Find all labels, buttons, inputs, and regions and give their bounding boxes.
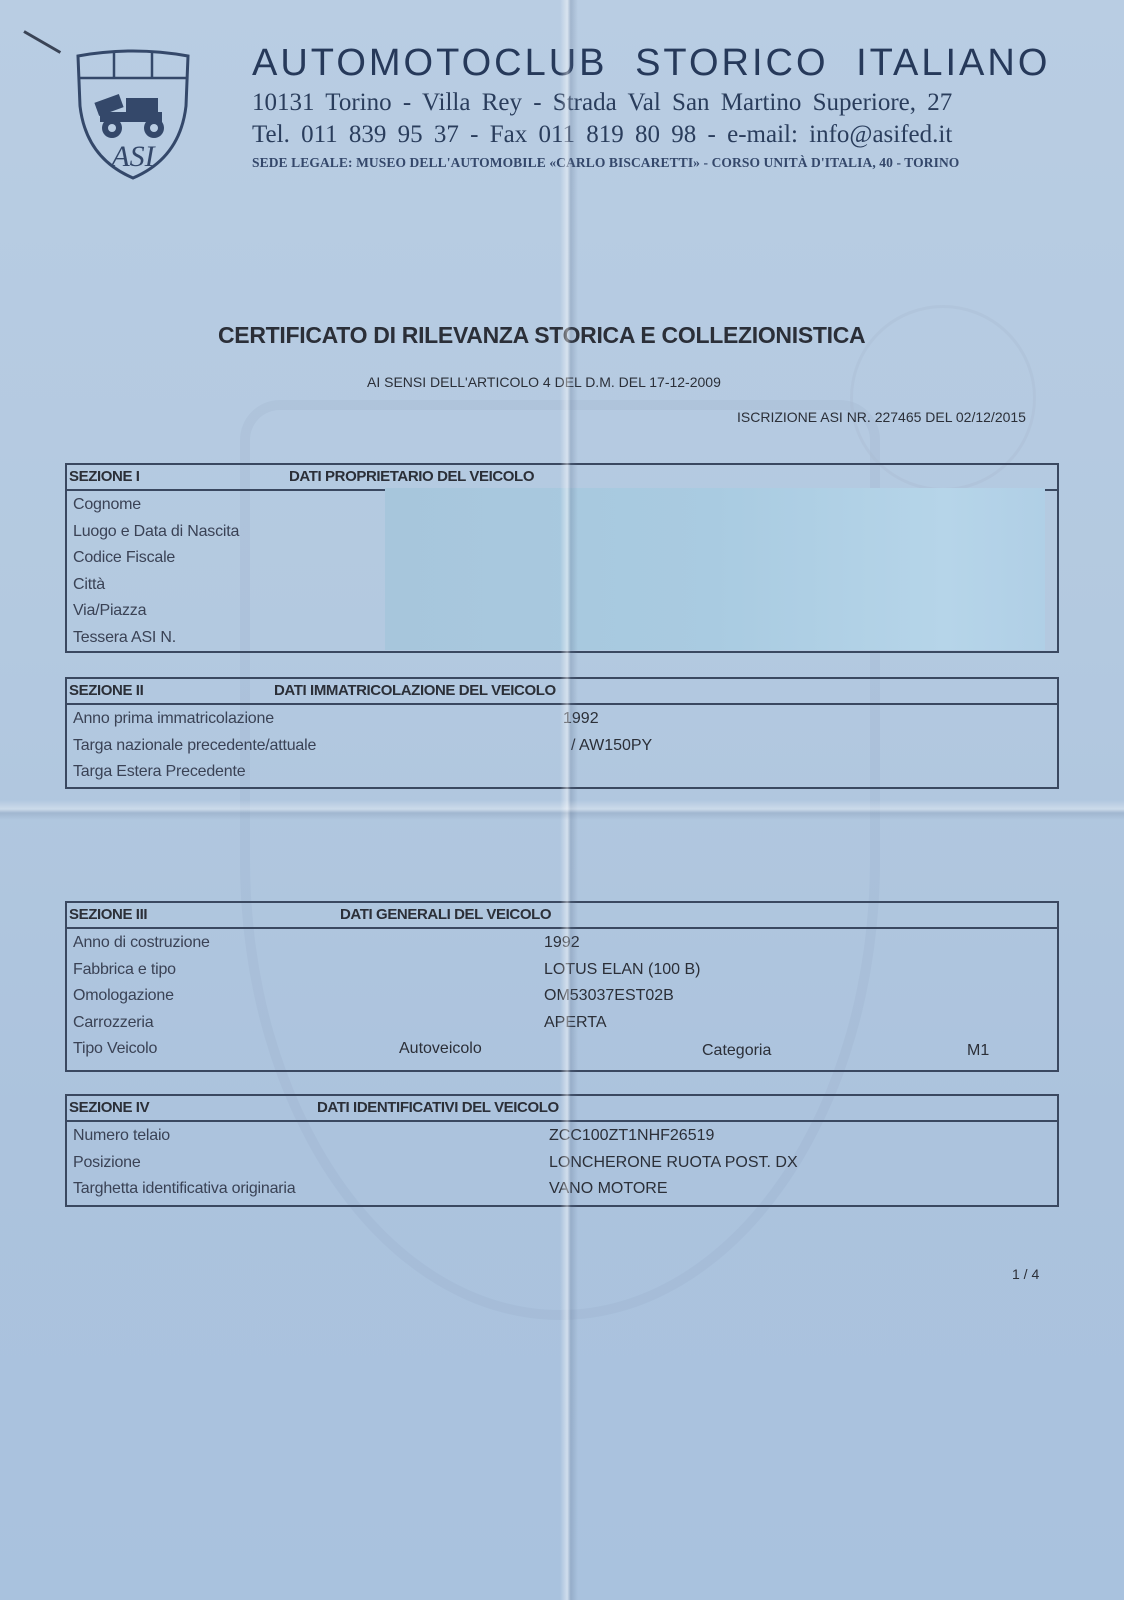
table-row: Numero telaio ZCC100ZT1NHF26519 — [67, 1122, 1057, 1149]
field-value: 1992 — [563, 710, 599, 728]
section-registration-data: SEZIONE II DATI IMMATRICOLAZIONE DEL VEI… — [65, 677, 1059, 789]
field-label: Fabbrica e tipo — [73, 961, 176, 979]
section-identification-data: SEZIONE IV DATI IDENTIFICATIVI DEL VEICO… — [65, 1094, 1059, 1207]
field-label: Targa nazionale precedente/attuale — [73, 737, 316, 755]
section-title: DATI IDENTIFICATIVI DEL VEICOLO — [317, 1099, 559, 1116]
organization-contacts: Tel. 011 839 95 37 - Fax 011 819 80 98 -… — [252, 121, 1052, 149]
field-value: LONCHERONE RUOTA POST. DX — [549, 1154, 798, 1172]
section-number: SEZIONE III — [69, 906, 147, 923]
table-row: Targa Estera Precedente — [67, 758, 1057, 785]
page-number: 1 / 4 — [1012, 1266, 1039, 1282]
certificate-subtitle: AI SENSI DELL'ARTICOLO 4 DEL D.M. DEL 17… — [367, 374, 721, 390]
vehicle-type-value: Autoveicolo — [399, 1040, 482, 1058]
section-title: DATI GENERALI DEL VEICOLO — [340, 906, 551, 923]
field-value: OM53037EST02B — [544, 987, 674, 1005]
svg-text:ASI: ASI — [109, 140, 156, 173]
table-row: Targhetta identificativa originaria VANO… — [67, 1175, 1057, 1202]
redacted-owner-info — [385, 488, 1045, 650]
field-label: Anno prima immatricolazione — [73, 710, 274, 728]
field-value: LOTUS ELAN (100 B) — [544, 961, 701, 979]
section-number: SEZIONE I — [69, 468, 140, 485]
paper-fold-horizontal — [0, 800, 1124, 820]
table-row: Tipo Veicolo Autoveicolo Categoria M1 — [67, 1035, 1057, 1062]
table-row: Anno prima immatricolazione 1992 — [67, 705, 1057, 732]
field-label: Luogo e Data di Nascita — [73, 523, 239, 541]
section-title: DATI IMMATRICOLAZIONE DEL VEICOLO — [274, 682, 556, 699]
certificate-title: CERTIFICATO DI RILEVANZA STORICA E COLLE… — [218, 322, 865, 349]
section-number: SEZIONE IV — [69, 1099, 149, 1116]
letterhead: AUTOMOTOCLUB STORICO ITALIANO 10131 Tori… — [252, 42, 1052, 171]
section-header: SEZIONE IV DATI IDENTIFICATIVI DEL VEICO… — [67, 1096, 1057, 1122]
field-value: ZCC100ZT1NHF26519 — [549, 1127, 714, 1145]
category-label: Categoria — [702, 1042, 771, 1060]
staple-mark — [23, 30, 61, 54]
asi-logo-icon: ASI — [70, 48, 196, 182]
registered-office: SEDE LEGALE: MUSEO DELL'AUTOMOBILE «CARL… — [252, 155, 1052, 171]
section-number: SEZIONE II — [69, 682, 143, 699]
field-label: Posizione — [73, 1154, 141, 1172]
category-value: M1 — [967, 1042, 989, 1060]
section-header: SEZIONE III DATI GENERALI DEL VEICOLO — [67, 903, 1057, 929]
table-row: Fabbrica e tipo LOTUS ELAN (100 B) — [67, 956, 1057, 983]
field-label: Tipo Veicolo — [73, 1040, 157, 1058]
field-label: Omologazione — [73, 987, 174, 1005]
table-row: Omologazione OM53037EST02B — [67, 982, 1057, 1009]
organization-address: 10131 Torino - Villa Rey - Strada Val Sa… — [252, 89, 1052, 117]
table-row: Carrozzeria APERTA — [67, 1009, 1057, 1036]
field-label: Carrozzeria — [73, 1014, 154, 1032]
field-label: Numero telaio — [73, 1127, 170, 1145]
field-value: 1992 — [544, 934, 580, 952]
organization-name: AUTOMOTOCLUB STORICO ITALIANO — [252, 42, 1052, 85]
section-title: DATI PROPRIETARIO DEL VEICOLO — [289, 468, 534, 485]
field-label: Cognome — [73, 496, 141, 514]
table-row: Posizione LONCHERONE RUOTA POST. DX — [67, 1149, 1057, 1176]
paper-fold-vertical — [560, 0, 578, 1600]
field-value: / AW150PY — [571, 737, 652, 755]
field-value: VANO MOTORE — [549, 1180, 668, 1198]
field-label: Targa Estera Precedente — [73, 763, 245, 781]
field-label: Anno di costruzione — [73, 934, 210, 952]
field-label: Città — [73, 576, 105, 594]
section-general-data: SEZIONE III DATI GENERALI DEL VEICOLO An… — [65, 901, 1059, 1072]
registration-number: ISCRIZIONE ASI NR. 227465 DEL 02/12/2015 — [737, 409, 1026, 425]
field-label: Codice Fiscale — [73, 549, 175, 567]
field-value: APERTA — [544, 1014, 607, 1032]
field-label: Via/Piazza — [73, 602, 146, 620]
table-row: Anno di costruzione 1992 — [67, 929, 1057, 956]
field-label: Tessera ASI N. — [73, 629, 176, 647]
section-header: SEZIONE II DATI IMMATRICOLAZIONE DEL VEI… — [67, 679, 1057, 705]
table-row: Targa nazionale precedente/attuale / AW1… — [67, 732, 1057, 759]
field-label: Targhetta identificativa originaria — [73, 1180, 295, 1198]
